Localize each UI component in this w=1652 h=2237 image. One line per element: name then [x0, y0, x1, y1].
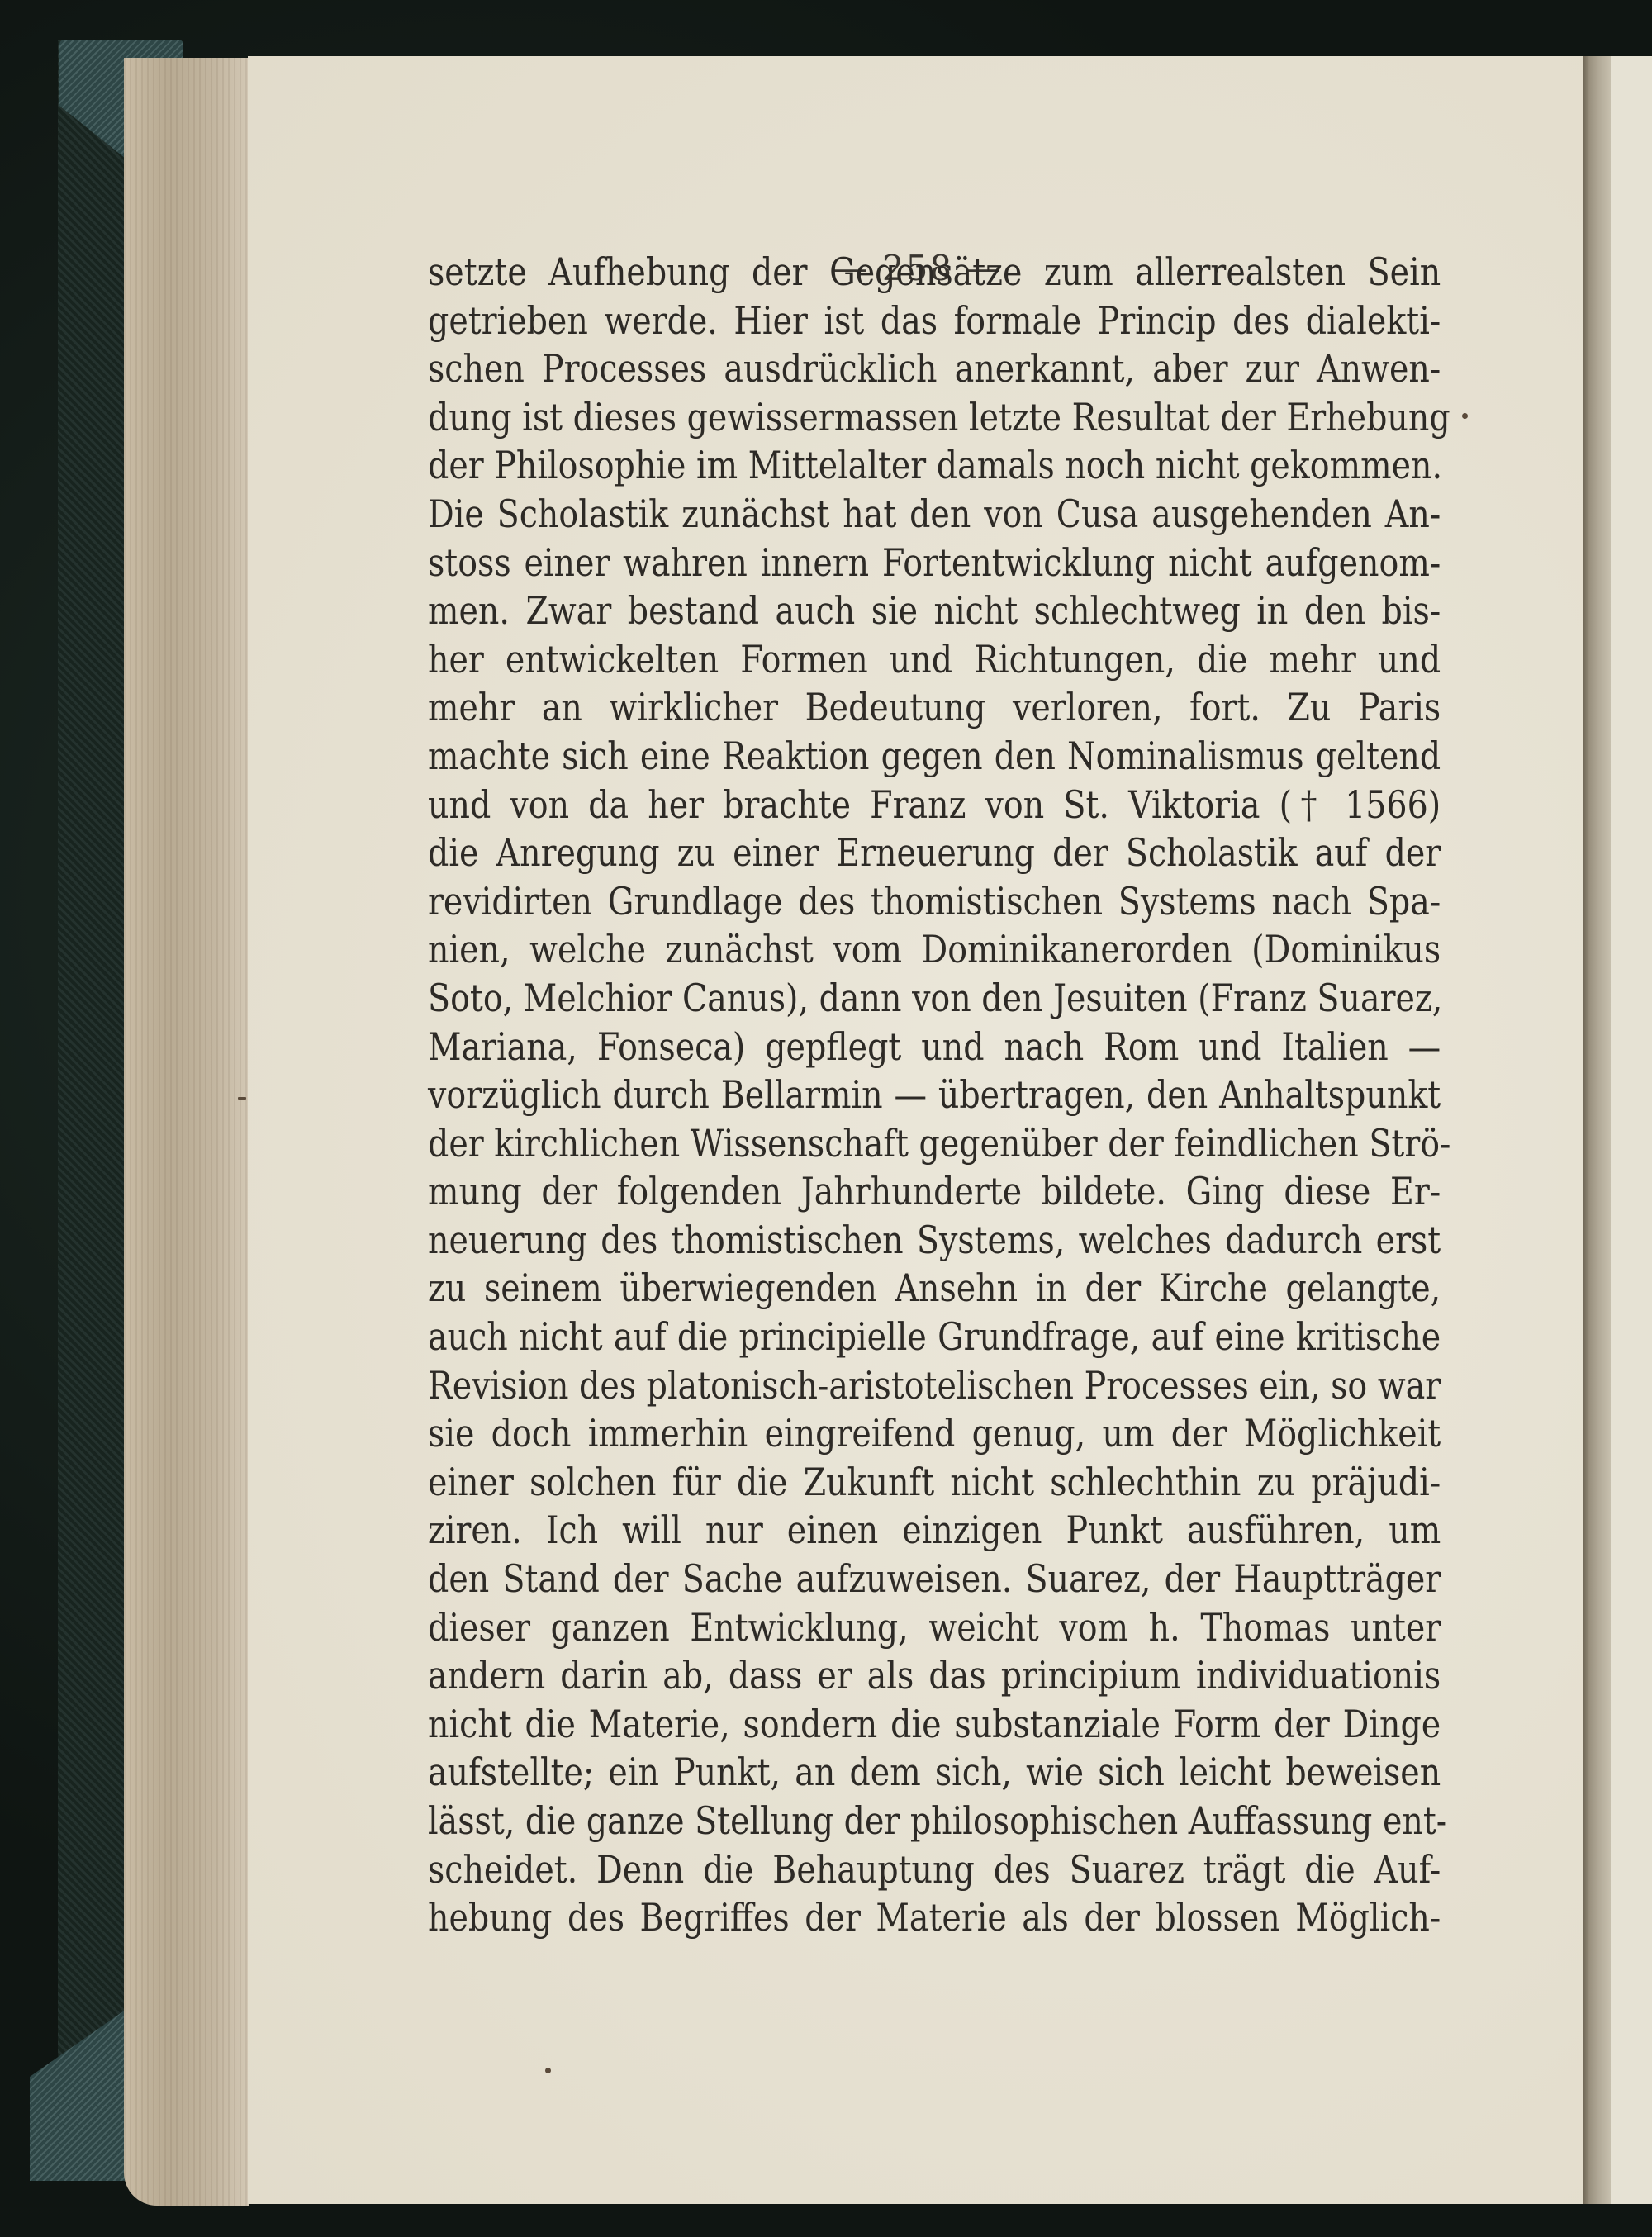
text-line: Soto, Melchior Canus), dann von den Jesu… [428, 974, 1441, 1023]
text-line: sie doch immerhin eingreifend genug, um … [428, 1409, 1441, 1458]
body-text: setzte Aufhebung der Gegensätze zum alle… [428, 248, 1441, 1942]
text-line: aufstellte; ein Punkt, an dem sich, wie … [428, 1748, 1441, 1797]
text-line: ziren. Ich will nur einen einzigen Punkt… [428, 1506, 1441, 1555]
text-line: schen Processes ausdrücklich anerkannt, … [428, 344, 1441, 393]
text-line: nicht die Materie, sondern die substanzi… [428, 1700, 1441, 1749]
facing-page-edge [1611, 56, 1652, 2204]
text-line: hebung des Begriffes der Materie als der… [428, 1893, 1441, 1942]
gutter [1583, 56, 1611, 2204]
text-line: zu seinem überwiegenden Ansehn in der Ki… [428, 1264, 1441, 1313]
text-line: Mariana, Fonseca) gepflegt und nach Rom … [428, 1023, 1441, 1071]
text-line: der kirchlichen Wissenschaft gegenüber d… [428, 1119, 1441, 1168]
text-line: die Anregung zu einer Erneuerung der Sch… [428, 829, 1441, 877]
ink-speck [1462, 413, 1468, 419]
text-line: vorzüglich durch Bellarmin — übertragen,… [428, 1071, 1441, 1119]
text-line: und von da her brachte Franz von St. Vik… [428, 781, 1441, 829]
text-line: auch nicht auf die principielle Grundfra… [428, 1313, 1441, 1361]
text-line: getrieben werde. Hier ist das formale Pr… [428, 297, 1441, 345]
text-line: scheidet. Denn die Behauptung des Suarez… [428, 1845, 1441, 1894]
text-line: stoss einer wahren innern Fortentwicklun… [428, 539, 1441, 587]
text-line: revidirten Grundlage des thomistischen S… [428, 877, 1441, 926]
ink-speck [545, 2068, 551, 2073]
text-line: Revision des platonisch-aristotelischen … [428, 1361, 1441, 1410]
text-line: dieser ganzen Entwicklung, weicht vom h.… [428, 1603, 1441, 1652]
text-line: setzte Aufhebung der Gegensätze zum alle… [428, 248, 1441, 297]
margin-mark [238, 1097, 246, 1100]
text-line: neuerung des thomistischen Systems, welc… [428, 1216, 1441, 1265]
text-line: mung der folgenden Jahrhunderte bildete.… [428, 1167, 1441, 1216]
text-line: nien, welche zunächst vom Dominikanerord… [428, 925, 1441, 974]
text-line: Die Scholastik zunächst hat den von Cusa… [428, 490, 1441, 539]
text-line: einer solchen für die Zukunft nicht schl… [428, 1458, 1441, 1507]
text-line: der Philosophie im Mittelalter damals no… [428, 441, 1441, 490]
text-line: mehr an wirklicher Bedeutung verloren, f… [428, 683, 1441, 732]
text-line: dung ist dieses gewissermassen letzte Re… [428, 393, 1441, 442]
text-line: lässt, die ganze Stellung der philosophi… [428, 1797, 1441, 1845]
page-block-edge [124, 58, 249, 2206]
text-line: den Stand der Sache aufzuweisen. Suarez,… [428, 1555, 1441, 1603]
text-line: her entwickelten Formen und Richtungen, … [428, 635, 1441, 684]
text-line: andern darin ab, dass er als das princip… [428, 1651, 1441, 1700]
text-line: men. Zwar bestand auch sie nicht schlech… [428, 587, 1441, 635]
text-line: machte sich eine Reaktion gegen den Nomi… [428, 732, 1441, 781]
